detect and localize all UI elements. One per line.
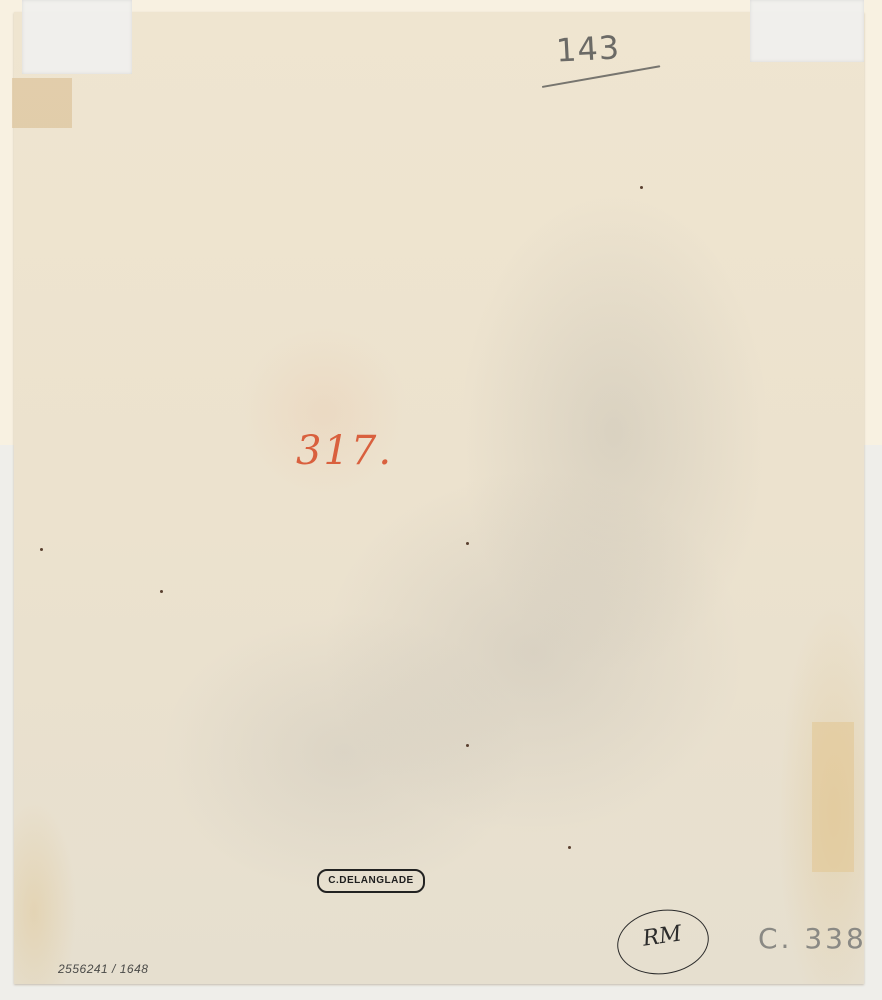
hinge-tape-right xyxy=(750,0,864,62)
ink-speck xyxy=(568,846,571,849)
tape-stain xyxy=(12,78,72,128)
ink-speck xyxy=(640,186,643,189)
ink-speck xyxy=(466,744,469,747)
foxing-stain xyxy=(812,722,854,872)
pencil-catalog-number: C. 338 xyxy=(758,922,867,955)
pencil-number-top: 143 xyxy=(555,28,621,69)
ink-speck xyxy=(40,548,43,551)
collector-stamp: C.DELANGLADE xyxy=(317,869,425,893)
hinge-tape-left xyxy=(22,0,132,74)
red-ink-number: 317. xyxy=(296,428,393,474)
inventory-number: 2556241 / 1648 xyxy=(58,962,148,976)
ink-speck xyxy=(466,542,469,545)
paper-sheet xyxy=(14,12,864,984)
ink-speck xyxy=(160,590,163,593)
